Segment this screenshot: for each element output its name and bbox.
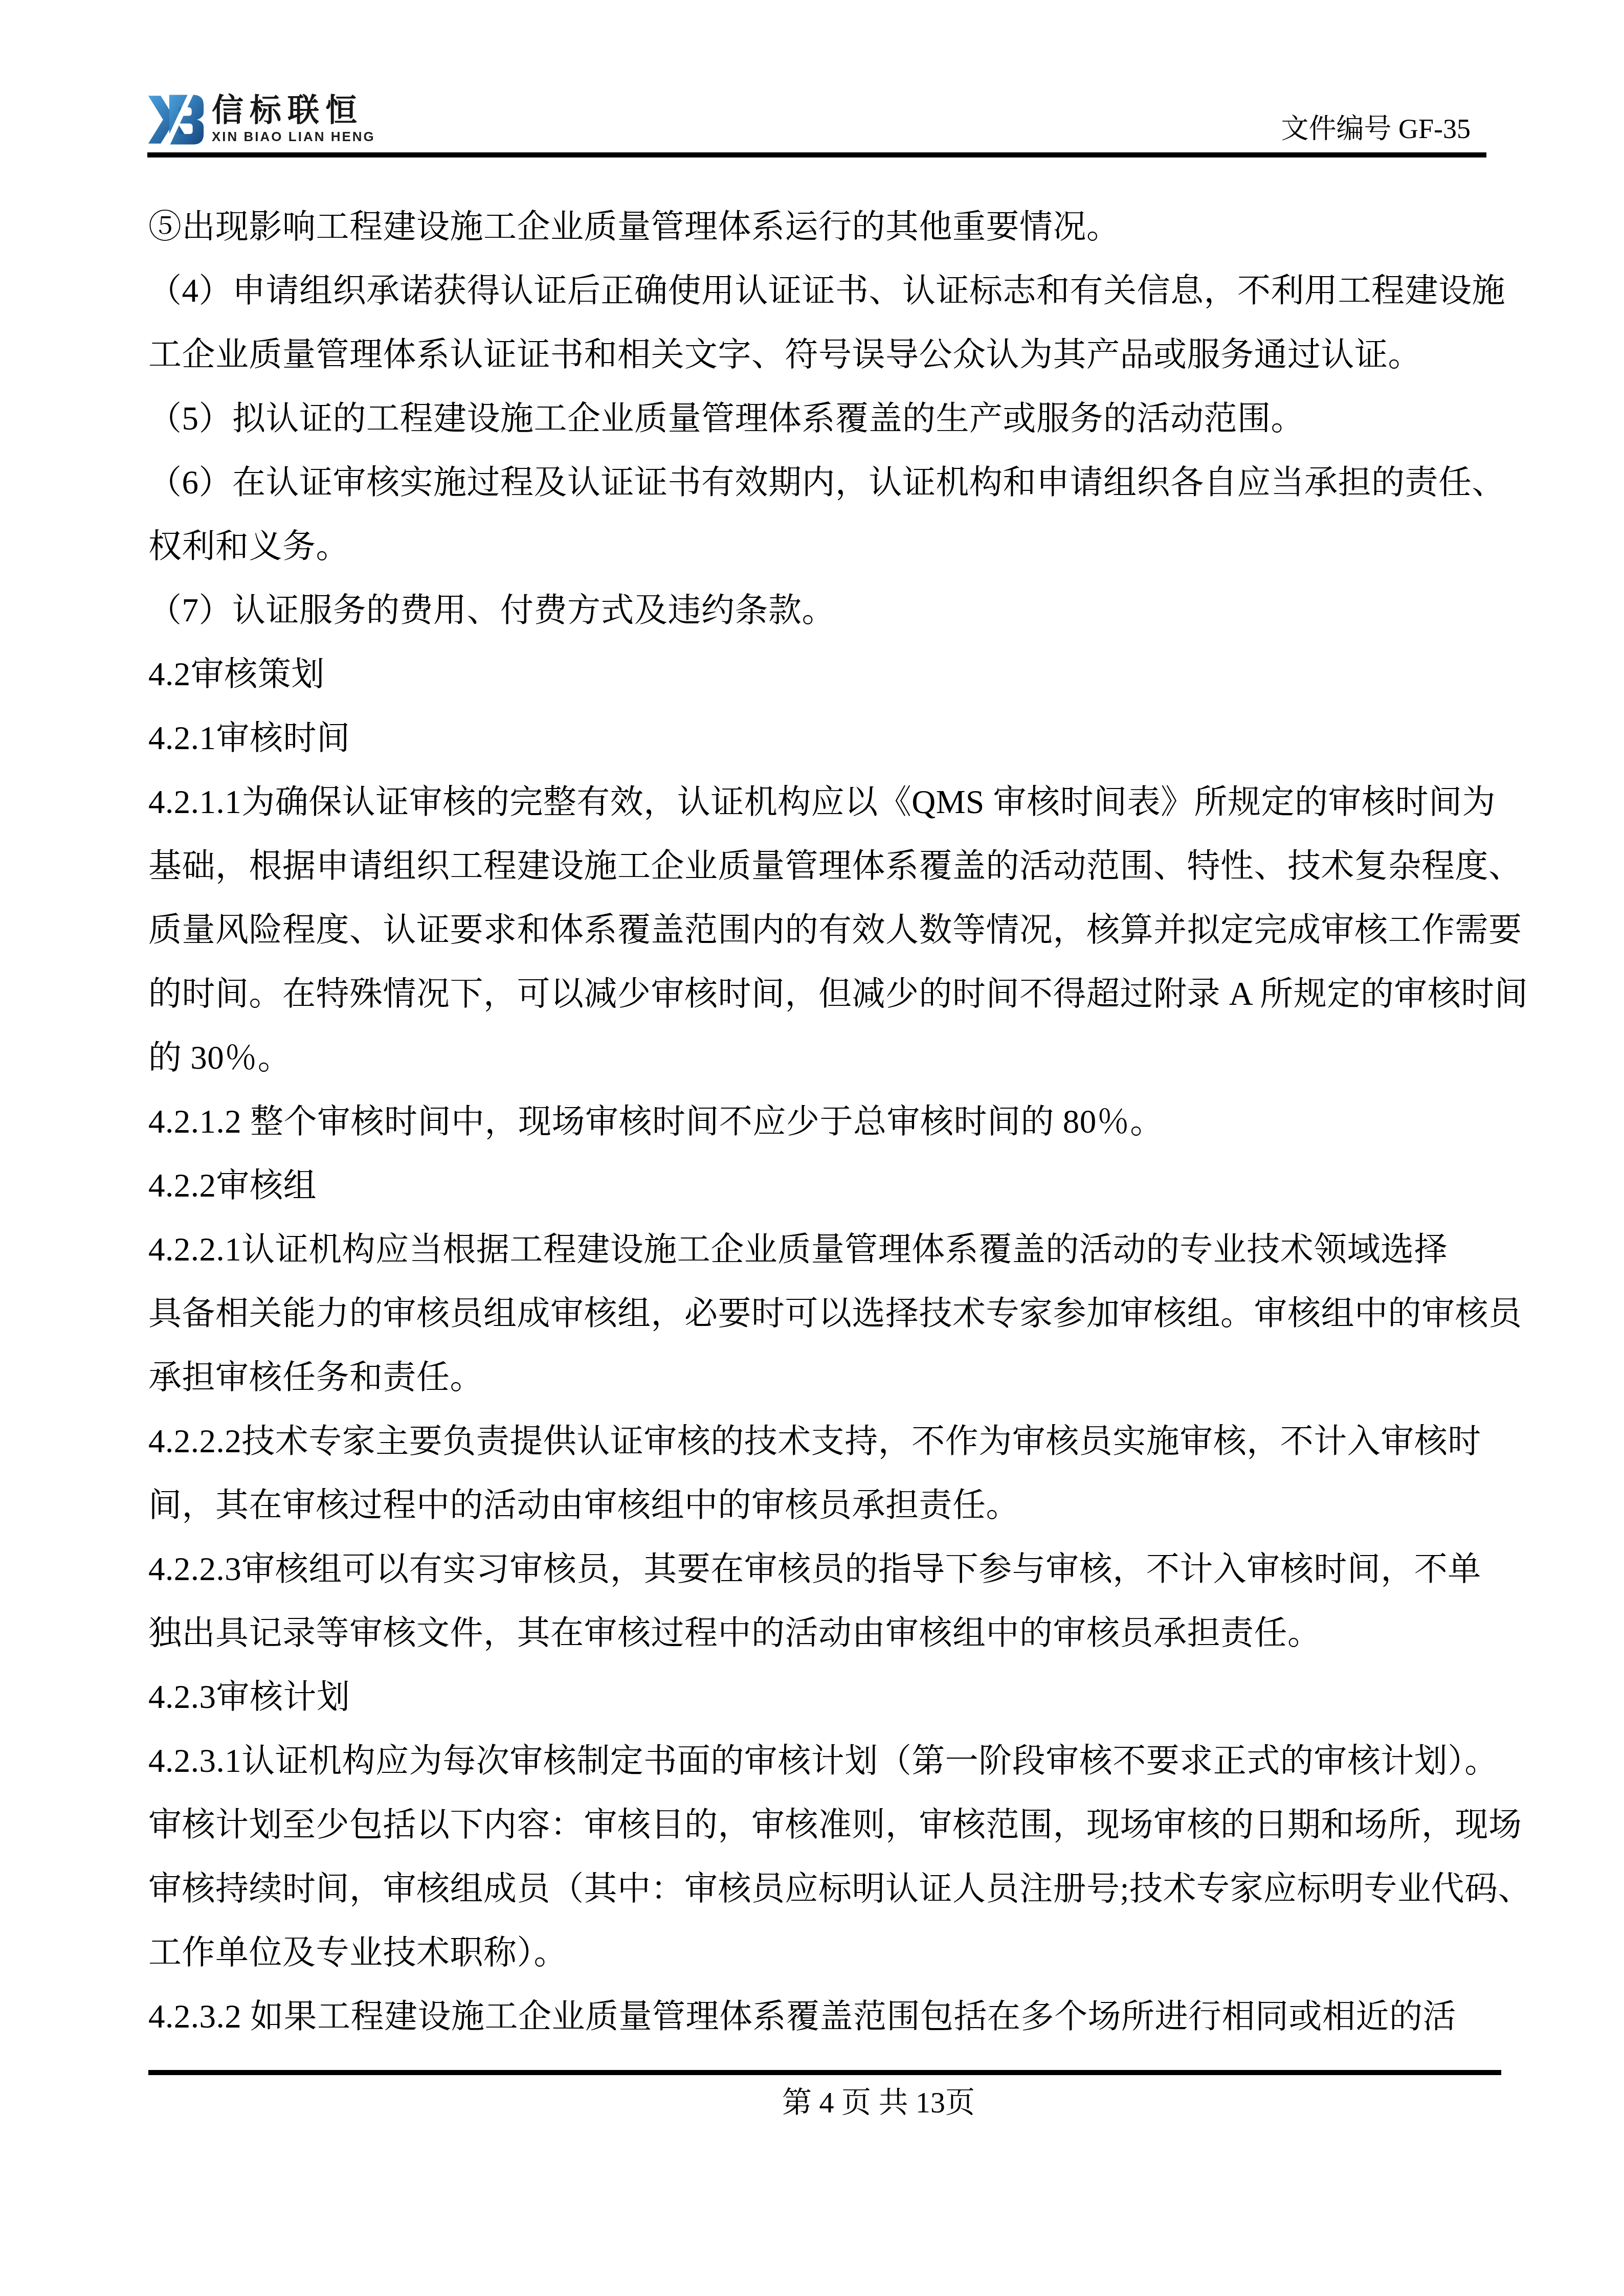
- body-line: 审核持续时间，审核组成员（其中：审核员应标明认证人员注册号;技术专家应标明专业代…: [148, 1857, 1509, 1921]
- body-line: 承担审核任务和责任。: [148, 1346, 1509, 1410]
- body-line: （7）认证服务的费用、付费方式及违约条款。: [148, 579, 1509, 643]
- body-line: 4.2.2.3审核组可以有实习审核员，其要在审核员的指导下参与审核，不计入审核时…: [148, 1538, 1509, 1602]
- body-line: 4.2.2.2技术专家主要负责提供认证审核的技术支持，不作为审核员实施审核，不计…: [148, 1410, 1509, 1474]
- logo-text: 信标联恒 XIN BIAO LIAN HENG: [212, 94, 375, 145]
- header-divider: [147, 152, 1486, 157]
- logo-name-en: XIN BIAO LIAN HENG: [212, 128, 375, 145]
- body-line: 4.2.2审核组: [148, 1154, 1509, 1218]
- body-line: （5）拟认证的工程建设施工企业质量管理体系覆盖的生产或服务的活动范围。: [148, 387, 1509, 451]
- document-page: 信标联恒 XIN BIAO LIAN HENG 文件编号 GF-35 ⑤出现影响…: [0, 0, 1624, 2296]
- body-line: 4.2.3审核计划: [148, 1665, 1509, 1729]
- body-line: 间，其在审核过程中的活动由审核组中的审核员承担责任。: [148, 1474, 1509, 1538]
- body-line: 审核计划至少包括以下内容：审核目的，审核准则，审核范围，现场审核的日期和场所，现…: [148, 1793, 1509, 1857]
- body-line: 工企业质量管理体系认证证书和相关文字、符号误导公众认为其产品或服务通过认证。: [148, 323, 1509, 387]
- body-line: 4.2.1审核时间: [148, 707, 1509, 771]
- body-line: 4.2.3.1认证机构应为每次审核制定书面的审核计划（第一阶段审核不要求正式的审…: [148, 1729, 1509, 1793]
- body-line: 工作单位及专业技术职称）。: [148, 1921, 1509, 1985]
- body-line: 的 30％。: [148, 1026, 1509, 1090]
- body-line: （4）申请组织承诺获得认证后正确使用认证证书、认证标志和有关信息，不利用工程建设…: [148, 259, 1509, 323]
- body-line: 4.2.2.1认证机构应当根据工程建设施工企业质量管理体系覆盖的活动的专业技术领…: [148, 1218, 1509, 1282]
- body-line: 权利和义务。: [148, 515, 1509, 579]
- body-line: ⑤出现影响工程建设施工企业质量管理体系运行的其他重要情况。: [148, 195, 1509, 259]
- logo-name-cn: 信标联恒: [212, 94, 375, 128]
- body-line: 4.2.3.2 如果工程建设施工企业质量管理体系覆盖范围包括在多个场所进行相同或…: [148, 1985, 1509, 2049]
- doc-number: 文件编号 GF-35: [1281, 114, 1471, 144]
- body-line: 独出具记录等审核文件，其在审核过程中的活动由审核组中的审核员承担责任。: [148, 1602, 1509, 1665]
- footer-divider: [148, 2070, 1501, 2075]
- body-line: 4.2审核策划: [148, 643, 1509, 707]
- xb-monogram-icon: [147, 92, 205, 147]
- body-line: 4.2.1.2 整个审核时间中，现场审核时间不应少于总审核时间的 80％。: [148, 1090, 1509, 1154]
- body-line: 基础，根据申请组织工程建设施工企业质量管理体系覆盖的活动范围、特性、技术复杂程度…: [148, 835, 1509, 898]
- body-line: 质量风险程度、认证要求和体系覆盖范围内的有效人数等情况，核算并拟定完成审核工作需…: [148, 898, 1509, 962]
- page-number: 第 4 页 共 13页: [148, 2082, 1501, 2123]
- body-line: 具备相关能力的审核员组成审核组，必要时可以选择技术专家参加审核组。审核组中的审核…: [148, 1282, 1509, 1346]
- company-logo: 信标联恒 XIN BIAO LIAN HENG: [147, 90, 375, 149]
- document-body: ⑤出现影响工程建设施工企业质量管理体系运行的其他重要情况。 （4）申请组织承诺获…: [148, 195, 1509, 2049]
- body-line: 的时间。在特殊情况下，可以减少审核时间，但减少的时间不得超过附录 A 所规定的审…: [148, 962, 1509, 1026]
- body-line: 4.2.1.1为确保认证审核的完整有效，认证机构应以《QMS 审核时间表》所规定…: [148, 771, 1509, 835]
- body-line: （6）在认证审核实施过程及认证证书有效期内，认证机构和申请组织各自应当承担的责任…: [148, 451, 1509, 515]
